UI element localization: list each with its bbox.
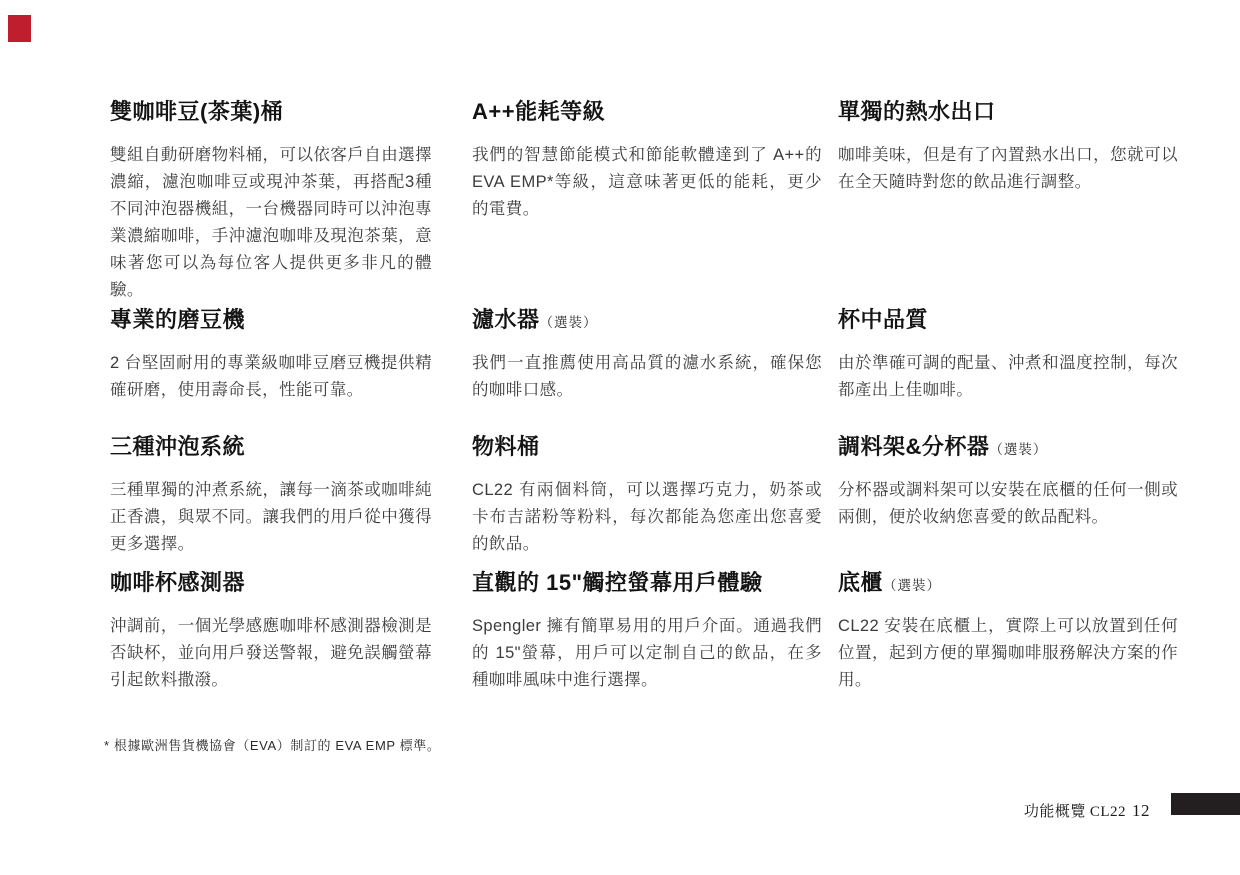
section-body: Spengler 擁有簡單易用的用戶介面。通過我們的 15"螢幕，用戶可以定制自… [472, 613, 822, 694]
section-dual-bean-hopper: 雙咖啡豆(茶葉)桶 雙組自動研磨物料桶，可以依客戶自由選擇濃縮，濾泡咖啡豆或現沖… [110, 97, 432, 305]
section-energy-rating: A++能耗等級 我們的智慧節能模式和節能軟體達到了 A++的 EVA EMP*等… [472, 97, 822, 305]
section-hot-water-outlet: 單獨的熱水出口 咖啡美味，但是有了內置熱水出口，您就可以在全天隨時對您的飲品進行… [838, 97, 1178, 305]
footer-model-name: CL22 [1090, 804, 1126, 820]
section-title: 杯中品質 [838, 305, 1178, 338]
section-title: 調料架&分杯器（選裝） [838, 432, 1178, 465]
corner-red-mark [8, 15, 31, 42]
section-body: CL22 有兩個料筒，可以選擇巧克力，奶茶或卡布吉諾粉等粉料，每次都能為您產出您… [472, 477, 822, 558]
feature-column-2: A++能耗等級 我們的智慧節能模式和節能軟體達到了 A++的 EVA EMP*等… [472, 97, 822, 694]
section-title-text: 專業的磨豆機 [110, 307, 245, 332]
section-title-text: 單獨的熱水出口 [838, 99, 996, 124]
footnote: * 根據歐洲售貨機協會（EVA）制訂的 EVA EMP 標準。 [104, 735, 440, 754]
section-body: 我們的智慧節能模式和節能軟體達到了 A++的 EVA EMP*等級，這意味著更低… [472, 142, 822, 223]
section-title: 雙咖啡豆(茶葉)桶 [110, 97, 432, 130]
section-title-text: 物料桶 [472, 434, 540, 459]
feature-column-3: 單獨的熱水出口 咖啡美味，但是有了內置熱水出口，您就可以在全天隨時對您的飲品進行… [838, 97, 1178, 694]
feature-column-1: 雙咖啡豆(茶葉)桶 雙組自動研磨物料桶，可以依客戶自由選擇濃縮，濾泡咖啡豆或現沖… [110, 97, 432, 694]
section-title: 單獨的熱水出口 [838, 97, 1178, 130]
section-title: 濾水器（選裝） [472, 305, 822, 338]
section-title-text: 直觀的 15"觸控螢幕用戶體驗 [472, 570, 763, 595]
section-body: 沖調前，一個光學感應咖啡杯感測器檢測是否缺杯，並向用戶發送警報，避免誤觸螢幕引起… [110, 613, 432, 694]
section-touchscreen-ux: 直觀的 15"觸控螢幕用戶體驗 Spengler 擁有簡單易用的用戶介面。通過我… [472, 568, 822, 694]
section-powder-canisters: 物料桶 CL22 有兩個料筒，可以選擇巧克力，奶茶或卡布吉諾粉等粉料，每次都能為… [472, 432, 822, 568]
section-base-cabinet: 底櫃（選裝） CL22 安裝在底櫃上，實際上可以放置到任何位置，起到方便的單獨咖… [838, 568, 1178, 694]
section-body: 2 台堅固耐用的專業級咖啡豆磨豆機提供精確研磨，使用壽命長，性能可靠。 [110, 350, 432, 404]
section-title-suffix: （選裝） [883, 578, 941, 593]
section-condiment-rack: 調料架&分杯器（選裝） 分杯器或調料架可以安裝在底櫃的任何一側或兩側，便於收納您… [838, 432, 1178, 568]
section-title-text: 濾水器 [472, 307, 540, 332]
section-cup-sensor: 咖啡杯感測器 沖調前，一個光學感應咖啡杯感測器檢測是否缺杯，並向用戶發送警報，避… [110, 568, 432, 694]
section-title-suffix: （選裝） [989, 442, 1047, 457]
section-professional-grinder: 專業的磨豆機 2 台堅固耐用的專業級咖啡豆磨豆機提供精確研磨，使用壽命長，性能可… [110, 305, 432, 432]
section-body: 由於準確可調的配量、沖煮和溫度控制，每次都產出上佳咖啡。 [838, 350, 1178, 404]
section-body: 我們一直推薦使用高品質的濾水系統，確保您的咖啡口感。 [472, 350, 822, 404]
section-title: 物料桶 [472, 432, 822, 465]
section-title: A++能耗等級 [472, 97, 822, 130]
section-three-brew-systems: 三種沖泡系統 三種單獨的沖煮系統，讓每一滴茶或咖啡純正香濃，與眾不同。讓我們的用… [110, 432, 432, 568]
section-title-text: A++能耗等級 [472, 99, 605, 124]
brochure-page: 雙咖啡豆(茶葉)桶 雙組自動研磨物料桶，可以依客戶自由選擇濃縮，濾泡咖啡豆或現沖… [0, 0, 1240, 875]
section-title-text: 調料架&分杯器 [838, 434, 989, 459]
section-title: 三種沖泡系統 [110, 432, 432, 465]
page-edge-tab [1171, 793, 1240, 815]
section-body: 三種單獨的沖煮系統，讓每一滴茶或咖啡純正香濃，與眾不同。讓我們的用戶從中獲得更多… [110, 477, 432, 558]
section-title-text: 雙咖啡豆(茶葉)桶 [110, 99, 283, 124]
section-title: 底櫃（選裝） [838, 568, 1178, 601]
section-body: CL22 安裝在底櫃上，實際上可以放置到任何位置，起到方便的單獨咖啡服務解決方案… [838, 613, 1178, 694]
section-title-text: 底櫃 [838, 570, 883, 595]
section-title-text: 杯中品質 [838, 307, 928, 332]
section-title: 直觀的 15"觸控螢幕用戶體驗 [472, 568, 822, 601]
footer-page-number: 12 [1132, 801, 1150, 820]
section-title-text: 咖啡杯感測器 [110, 570, 245, 595]
section-in-cup-quality: 杯中品質 由於準確可調的配量、沖煮和溫度控制，每次都產出上佳咖啡。 [838, 305, 1178, 432]
section-body: 咖啡美味，但是有了內置熱水出口，您就可以在全天隨時對您的飲品進行調整。 [838, 142, 1178, 196]
section-title: 咖啡杯感測器 [110, 568, 432, 601]
section-title: 專業的磨豆機 [110, 305, 432, 338]
section-title-text: 三種沖泡系統 [110, 434, 245, 459]
page-footer: 功能概覽CL2212 [1024, 800, 1150, 821]
section-water-filter: 濾水器（選裝） 我們一直推薦使用高品質的濾水系統，確保您的咖啡口感。 [472, 305, 822, 432]
section-title-suffix: （選裝） [540, 315, 598, 330]
footer-section-label: 功能概覽 [1024, 804, 1086, 820]
section-body: 雙組自動研磨物料桶，可以依客戶自由選擇濃縮，濾泡咖啡豆或現沖茶葉，再搭配3種不同… [110, 142, 432, 304]
section-body: 分杯器或調料架可以安裝在底櫃的任何一側或兩側，便於收納您喜愛的飲品配料。 [838, 477, 1178, 531]
